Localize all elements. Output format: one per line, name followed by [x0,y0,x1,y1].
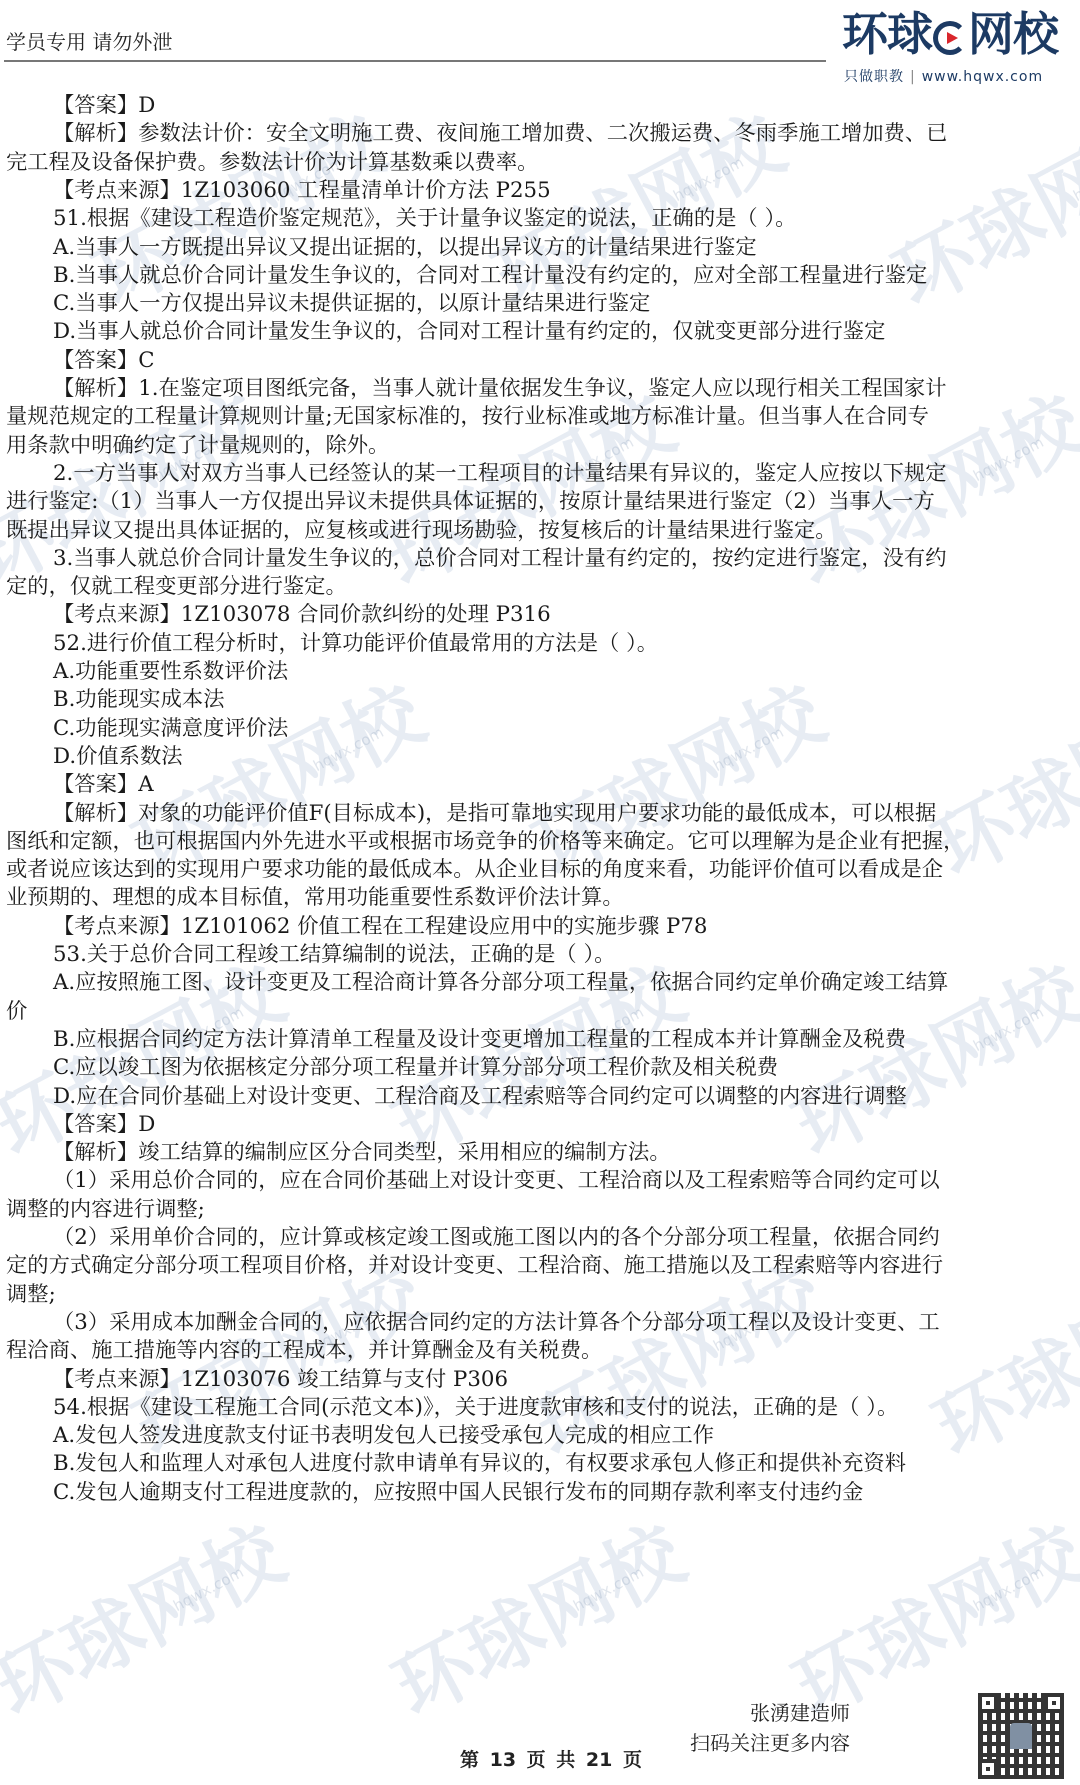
text-line: 价 [6,998,27,1026]
page-header: 学员专用 请勿外泄 环球网校 只做职教|www.hqwx.com [0,0,1080,90]
text-line: D.价值系数法 [53,743,183,771]
text-line: 54.根据《建设工程施工合同(示范文本)》，关于进度款审核和支付的说法，正确的是… [53,1394,898,1422]
avatar [1010,1723,1032,1749]
text-line: 【考点来源】1Z103060 工程量清单计价方法 P255 [53,177,551,205]
logo-wordmark: 环球网校 [842,6,1058,62]
text-line: B.当事人就总价合同计量发生争议的，合同对工程计量没有约定的，应对全部工程量进行… [53,262,927,290]
text-line: A.应按照施工图、设计变更及工程洽商计算各分部分项工程量，依据合同约定单价确定竣… [53,969,948,997]
text-line: D.当事人就总价合同计量发生争议的，合同对工程计量有约定的，仅就变更部分进行鉴定 [53,318,885,346]
watermark-text: 环球网校 [920,669,1080,895]
text-line: A.功能重要性系数评价法 [53,658,288,686]
watermark-url: hqwx.com [970,1563,1046,1615]
text-line: （2）采用单价合同的，应计算或核定竣工图或施工图以内的各个分部分项工程量，依据合… [53,1224,940,1252]
qr-code[interactable] [978,1693,1064,1779]
text-line: 【解析】参数法计价：安全文明施工费、夜间施工增加费、二次搬运费、冬雨季施工增加费… [53,120,947,148]
text-line: 【解析】对象的功能评价值F(目标成本)，是指可靠地实现用户要求功能的最低成本，可… [53,800,936,828]
watermark-url: hqwx.com [570,1563,646,1615]
play-icon [933,21,967,55]
watermark-text: 环球网校 [380,1509,698,1735]
text-line: 【答案】D [53,92,155,120]
text-line: A.发包人签发进度款支付证书表明发包人已接受承包人完成的相应工作 [53,1422,714,1450]
watermark-url: hqwx.com [1070,153,1080,205]
promo-scan-text: 扫码关注更多内容 [690,1727,850,1756]
text-line: B.应根据合同约定方法计算清单工程量及设计变更增加工程量的工程成本并计算酬金及税… [53,1026,906,1054]
text-line: 调整的内容进行调整; [6,1196,205,1224]
text-line: 52.进行价值工程分析时，计算功能评价值最常用的方法是（ ）。 [53,630,658,658]
text-line: 【答案】A [53,771,154,799]
text-line: 【考点来源】1Z103076 竣工结算与支付 P306 [53,1366,508,1394]
text-line: （1）采用总价合同的，应在合同价基础上对设计变更、工程洽商以及工程索赔等合同约定… [53,1167,940,1195]
text-line: （3）采用成本加酬金合同的，应依据合同约定的方法计算各个分部分项工程以及设计变更… [53,1309,940,1337]
text-line: 【答案】C [53,347,154,375]
text-line: D.应在合同价基础上对设计变更、工程洽商及工程索赔等合同约定可以调整的内容进行调… [53,1083,907,1111]
confidential-notice: 学员专用 请勿外泄 [6,26,172,55]
text-line: 或者说应该达到的实现用户要求功能的最低成本。从企业目标的角度来看，功能评价值可以… [6,856,943,884]
logo-url: www.hqwx.com [922,69,1043,85]
text-line: 程洽商、施工措施等内容的工程成本，并计算酬金及有关税费。 [6,1337,602,1365]
logo-text-right: 网校 [968,7,1058,61]
logo-slogan: 只做职教 [844,69,904,85]
text-line: 2.一方当事人对双方当事人已经签认的某一工程项目的计量结果有异议的，鉴定人应按以… [53,460,947,488]
text-line: B.功能现实成本法 [53,686,225,714]
text-line: 图纸和定额，也可根据国内外先进水平或根据市场竞争的价格等来确定。它可以理解为是企… [6,828,964,856]
text-line: 【解析】1.在鉴定项目图纸完备，当事人就计量依据发生争议，鉴定人应以现行相关工程… [53,375,947,403]
logo-tagline: 只做职教|www.hqwx.com [844,66,1043,86]
page-number: 第 13 页 共 21 页 [460,1745,642,1772]
text-line: 完工程及设备保护费。参数法计价为计算基数乘以费率。 [6,149,538,177]
text-line: 【考点来源】1Z103078 合同价款纠纷的处理 P316 [53,601,551,629]
text-line: 定的，仅就工程变更部分进行鉴定。 [6,573,347,601]
text-line: C.发包人逾期支付工程进度款的，应按照中国人民银行发布的同期存款利率支付违约金 [53,1479,863,1507]
watermark-url: hqwx.com [970,433,1046,485]
text-line: 定的方式确定分部分项工程项目价格，并对设计变更、工程洽商、施工措施以及工程索赔等… [6,1252,943,1280]
watermark-url: hqwx.com [310,723,386,775]
watermark-text: 环球网校 [920,1249,1080,1475]
text-line: 进行鉴定:（1）当事人一方仅提出异议未提供具体证据的，按原计量结果进行鉴定（2）… [6,488,935,516]
text-line: C.当事人一方仅提出异议未提供证据的，以原计量结果进行鉴定 [53,290,650,318]
text-line: 【考点来源】1Z101062 价值工程在工程建设应用中的实施步骤 P78 [53,913,707,941]
text-line: A.当事人一方既提出异议又提出证据的，以提出异议方的计量结果进行鉴定 [53,234,757,262]
qr-finder-icon [978,1693,998,1713]
logo-separator: | [910,69,916,85]
watermark-url: hqwx.com [710,723,786,775]
text-line: 用条款中明确约定了计量规则的，除外。 [6,432,389,460]
qr-finder-icon [978,1759,998,1779]
header-divider [4,60,826,62]
text-line: 调整; [6,1281,56,1309]
watermark-logo: 环球网校 [0,1493,300,1738]
text-line: 53.关于总价合同工程竣工结算编制的说法，正确的是（ ）。 [53,941,615,969]
text-line: C.功能现实满意度评价法 [53,715,288,743]
watermark-url: hqwx.com [970,1003,1046,1055]
promo-name: 张湧建造师 [750,1697,850,1726]
text-line: 既提出异议又提出具体证据的，应复核或进行现场勘验，按复核后的计量结果进行鉴定。 [6,517,837,545]
text-line: 业预期的、理想的成本目标值，常用功能重要性系数评价法计算。 [6,884,624,912]
qr-finder-icon [1044,1693,1064,1713]
watermark-logo: 环球网校 [372,1493,700,1738]
watermark-text: 环球网校 [0,1509,298,1735]
watermark-url: hqwx.com [670,153,746,205]
text-line: 【答案】D [53,1111,155,1139]
text-line: B.发包人和监理人对承包人进度付款申请单有异议的，有权要求承包人修正和提供补充资… [53,1450,906,1478]
text-line: 【解析】竣工结算的编制应区分合同类型，采用相应的编制方法。 [53,1139,671,1167]
text-line: 量规范规定的工程量计算规则计量;无国家标准的，按行业标准或地方标准计量。但当事人… [6,403,929,431]
text-line: 51.根据《建设工程造价鉴定规范》，关于计量争议鉴定的说法，正确的是（ ）。 [53,205,796,233]
watermark-url: hqwx.com [170,1563,246,1615]
text-line: 3.当事人就总价合同计量发生争议的，总价合同对工程计量有约定的，按约定进行鉴定，… [53,545,947,573]
text-line: C.应以竣工图为依据核定分部分项工程量并计算分部分项工程价款及相关税费 [53,1054,778,1082]
logo-text-left: 环球 [842,7,932,61]
hqwx-logo: 环球网校 只做职教|www.hqwx.com [842,6,1074,86]
